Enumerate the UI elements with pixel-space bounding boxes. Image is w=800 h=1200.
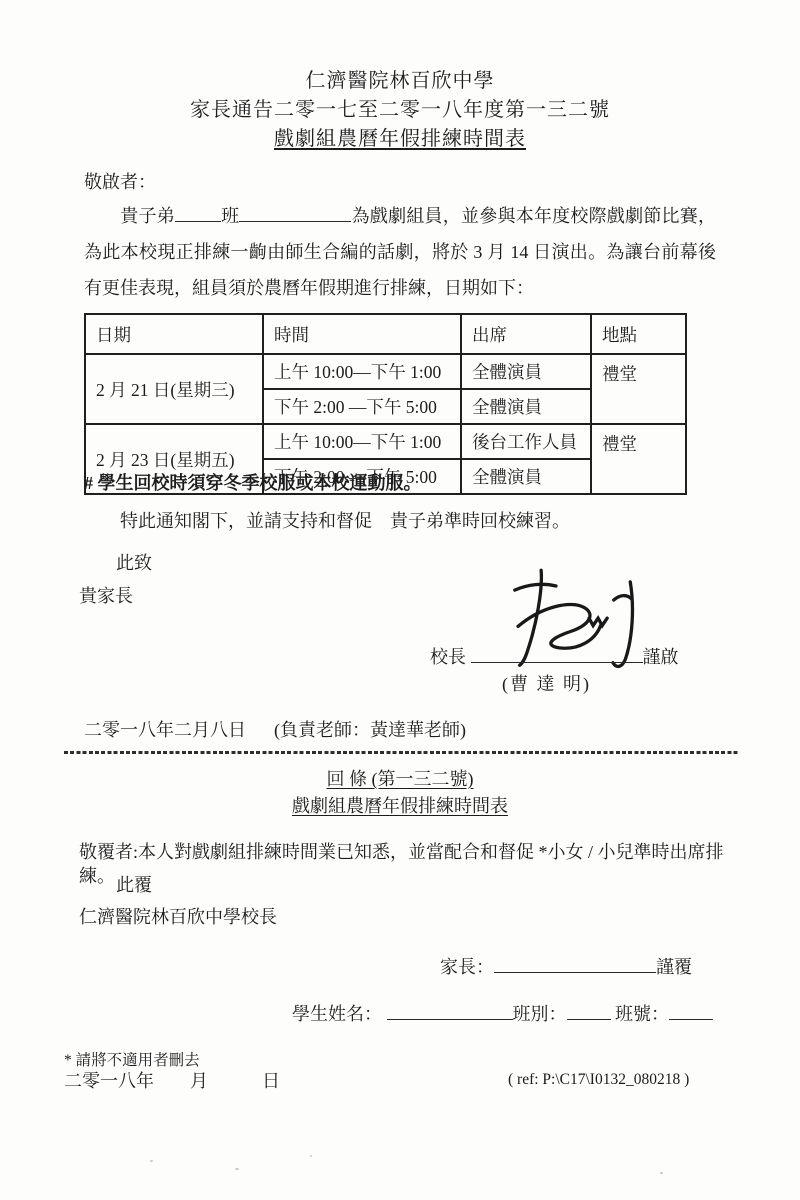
venue-cell: 禮堂 bbox=[591, 424, 686, 494]
scan-noise-speck bbox=[310, 1155, 312, 1157]
uniform-note: # 學生回校時須穿冬季校服或本校運動服。 bbox=[84, 471, 422, 495]
notice-date: 二零一八年二月八日 bbox=[84, 720, 246, 740]
table-row: 2 月 23 日(星期五) 上午 10:00—下午 1:00 後台工作人員 禮堂 bbox=[85, 424, 686, 459]
class-number-label: 班號： bbox=[615, 1004, 669, 1024]
notice-number-line: 家長通告二零一七至二零一八年度第一三二號 bbox=[0, 93, 800, 122]
class-blank bbox=[567, 1002, 611, 1020]
col-header-date: 日期 bbox=[85, 314, 263, 354]
table-header-row: 日期 時間 出席 地點 bbox=[85, 314, 686, 354]
venue-cell: 禮堂 bbox=[591, 354, 686, 424]
reply-addressee: 仁濟醫院林百欣中學校長 bbox=[79, 905, 277, 929]
closing-sentence: 特此通知閣下，並請支持和督促 貴子弟準時回校練習。 bbox=[120, 509, 570, 533]
school-name: 仁濟醫院林百欣中學 bbox=[0, 64, 800, 93]
notice-title: 戲劇組農曆年假排練時間表 bbox=[0, 122, 800, 151]
attend-cell: 全體演員 bbox=[461, 389, 591, 424]
recipient-label: 貴家長 bbox=[79, 584, 133, 608]
class-number-blank bbox=[669, 1002, 713, 1020]
parent-label: 家長： bbox=[440, 957, 494, 977]
col-header-attendance: 出席 bbox=[461, 314, 591, 354]
reply-slip-title: 回 條 (第一三二號) bbox=[0, 767, 800, 791]
rehearsal-schedule-table: 日期 時間 出席 地點 2 月 21 日(星期三) 上午 10:00—下午 1:… bbox=[84, 313, 687, 495]
scan-noise-speck bbox=[660, 1172, 663, 1174]
cifu-label: 此覆 bbox=[116, 873, 152, 897]
parent-signature-blank bbox=[494, 955, 656, 973]
col-header-time: 時間 bbox=[263, 314, 461, 354]
reference-number: ( ref: P:\C17\I0132_080218 ) bbox=[508, 1071, 689, 1089]
student-name-blank bbox=[387, 1002, 513, 1020]
scan-noise-speck bbox=[150, 1160, 153, 1162]
col-header-venue: 地點 bbox=[591, 314, 686, 354]
principal-closer: 謹啟 bbox=[643, 647, 679, 667]
attend-cell: 後台工作人員 bbox=[461, 424, 591, 459]
notice-date-line: 二零一八年二月八日(負責老師：黃達華老師) bbox=[84, 718, 466, 742]
salutation: 敬啟者： bbox=[84, 170, 156, 194]
scan-noise-speck bbox=[235, 1168, 239, 1170]
para-class-word: 班 bbox=[221, 206, 239, 226]
student-name-blank-field bbox=[239, 204, 351, 222]
reply-date-blank: 二零一八年 月 日 bbox=[64, 1069, 280, 1093]
time-cell: 上午 10:00—下午 1:00 bbox=[263, 424, 461, 459]
tear-off-dashed-line bbox=[64, 751, 738, 754]
opening-paragraph: 貴子弟班為戲劇組員，並參與本年度校際戲劇節比賽，為此本校現正排練一齣由師生合編的… bbox=[84, 198, 716, 306]
parent-signature-line: 家長：謹覆 bbox=[440, 955, 692, 979]
para-lead: 貴子弟 bbox=[120, 206, 175, 226]
delete-inapplicable-footnote: * 請將不適用者刪去 bbox=[64, 1048, 200, 1070]
table-row: 2 月 21 日(星期三) 上午 10:00—下午 1:00 全體演員 禮堂 bbox=[85, 354, 686, 389]
reply-slip-subtitle: 戲劇組農曆年假排練時間表 bbox=[0, 794, 800, 818]
reply-slip-title-text: 回 條 (第一三二號) bbox=[327, 769, 474, 789]
student-name-label: 學生姓名： bbox=[292, 1004, 382, 1024]
cizhi-label: 此致 bbox=[116, 551, 152, 575]
student-info-line: 學生姓名： 班別： 班號： bbox=[292, 1002, 713, 1026]
parent-closer: 謹覆 bbox=[656, 957, 692, 977]
principal-name: (曹 達 明) bbox=[502, 672, 591, 696]
attend-cell: 全體演員 bbox=[461, 354, 591, 389]
notice-title-text: 戲劇組農曆年假排練時間表 bbox=[274, 128, 526, 150]
time-cell: 上午 10:00—下午 1:00 bbox=[263, 354, 461, 389]
scanned-notice-page: 仁濟醫院林百欣中學 家長通告二零一七至二零一八年度第一三二號 戲劇組農曆年假排練… bbox=[0, 0, 800, 1200]
date-cell: 2 月 21 日(星期三) bbox=[85, 354, 263, 424]
signature-blank-line bbox=[471, 645, 643, 663]
principal-label: 校長 bbox=[430, 647, 466, 667]
teacher-in-charge: (負責老師：黃達華老師) bbox=[274, 720, 466, 740]
time-cell: 下午 2:00 —下午 5:00 bbox=[263, 389, 461, 424]
class-blank-field bbox=[175, 204, 221, 222]
attend-cell: 全體演員 bbox=[461, 459, 591, 494]
reply-body: 敬覆者:本人對戲劇組排練時間業已知悉，並當配合和督促 *小女 / 小兒準時出席排… bbox=[79, 840, 729, 889]
principal-signature-line: 校長 謹啟 bbox=[430, 645, 679, 669]
reply-slip-subtitle-text: 戲劇組農曆年假排練時間表 bbox=[292, 796, 508, 816]
class-label: 班別： bbox=[513, 1004, 567, 1024]
